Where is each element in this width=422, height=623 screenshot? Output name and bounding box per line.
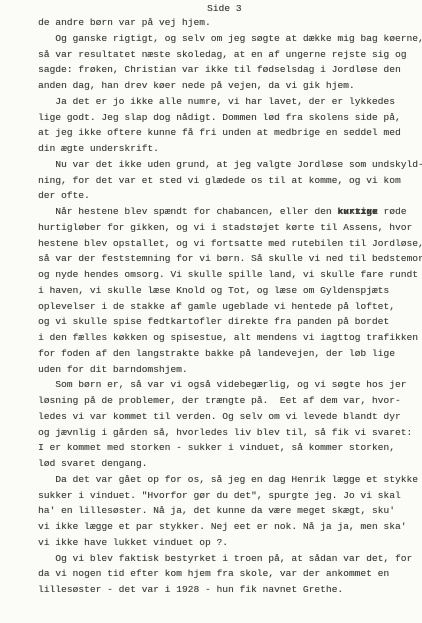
- text-line: Ja det er jo ikke alle numre, vi har lav…: [38, 94, 422, 110]
- page-number-header: Side 3: [207, 2, 422, 15]
- text-line: hurtigløber for gikken, og vi i stadstøj…: [38, 220, 422, 236]
- text-line: lige godt. Jeg slap dog nådigt. Dommen l…: [38, 110, 422, 126]
- text-line: ha' en lillesøster. Nå ja, det kunne da …: [38, 503, 422, 519]
- text-line: sukker i vinduet. "Hvorfor gør du det", …: [38, 488, 422, 504]
- text-line: løsning på de problemer, der trængte på.…: [38, 393, 422, 409]
- text-line: Som børn er, så var vi også videbegærlig…: [38, 377, 422, 393]
- text-line: Når hestene blev spændt for chabancen, e…: [38, 204, 422, 220]
- text-line: anden dag, han drev køer nede på vejen, …: [38, 78, 422, 94]
- text-segment: Når hestene blev spændt for chabancen, e…: [38, 206, 337, 217]
- overstruck-word: kurtige: [337, 204, 377, 220]
- text-line: ledes vi var kommet til verden. Og selv …: [38, 409, 422, 425]
- document-lines: de andre børn var på vej hjem. Og ganske…: [38, 15, 422, 598]
- text-line: vi ikke have lukket vinduet op ?.: [38, 535, 422, 551]
- text-line: og nyde hendes omsorg. Vi skulle spille …: [38, 267, 422, 283]
- text-line: hestene blev opstallet, og vi fortsatte …: [38, 236, 422, 252]
- text-line: der ofte.: [38, 188, 422, 204]
- text-line: at jeg ikke oftere kunne få fri unden at…: [38, 125, 422, 141]
- text-line: oplevelser i de stakke af gamle ugeblade…: [38, 299, 422, 315]
- text-line: da vi nogen tid efter kom hjem fra skole…: [38, 566, 422, 582]
- text-line: din ægte underskrift.: [38, 141, 422, 157]
- text-line: I er kommet med storken - sukker i vindu…: [38, 440, 422, 456]
- text-line: for foden af den langstrakte bakke på la…: [38, 346, 422, 362]
- text-line: vi ikke lægge et par stykker. Nej eet er…: [38, 519, 422, 535]
- text-line: de andre børn var på vej hjem.: [38, 15, 422, 31]
- text-segment: røde: [378, 206, 407, 217]
- text-line: i den fælles køkken og spisestue, alt me…: [38, 330, 422, 346]
- document-page: Side 3 de andre børn var på vej hjem. Og…: [0, 0, 422, 623]
- text-line: lillesøster - det var i 1928 - hun fik n…: [38, 582, 422, 598]
- text-line: uden for dit barndomshjem.: [38, 362, 422, 378]
- text-line: ning, for det var et sted vi glædede os …: [38, 173, 422, 189]
- text-line: så var der feststemning for vi børn. Så …: [38, 251, 422, 267]
- text-line: Og vi blev faktisk bestyrket i troen på,…: [38, 551, 422, 567]
- text-line: og vi skulle spise fedtkartofler direkte…: [38, 314, 422, 330]
- text-line: i haven, vi skulle læse Knold og Tot, og…: [38, 283, 422, 299]
- text-line: sagde: frøken, Christian var ikke til fø…: [38, 62, 422, 78]
- text-line: Nu var det ikke uden grund, at jeg valgt…: [38, 157, 422, 173]
- text-line: lød svaret dengang.: [38, 456, 422, 472]
- text-line: Og ganske rigtigt, og selv om jeg søgte …: [38, 31, 422, 47]
- text-line: og jævnlig i gården så, hvorledes liv bl…: [38, 425, 422, 441]
- text-line: Da det var gået op for os, så jeg en dag…: [38, 472, 422, 488]
- text-line: så var resultatet næste skoledag, at en …: [38, 47, 422, 63]
